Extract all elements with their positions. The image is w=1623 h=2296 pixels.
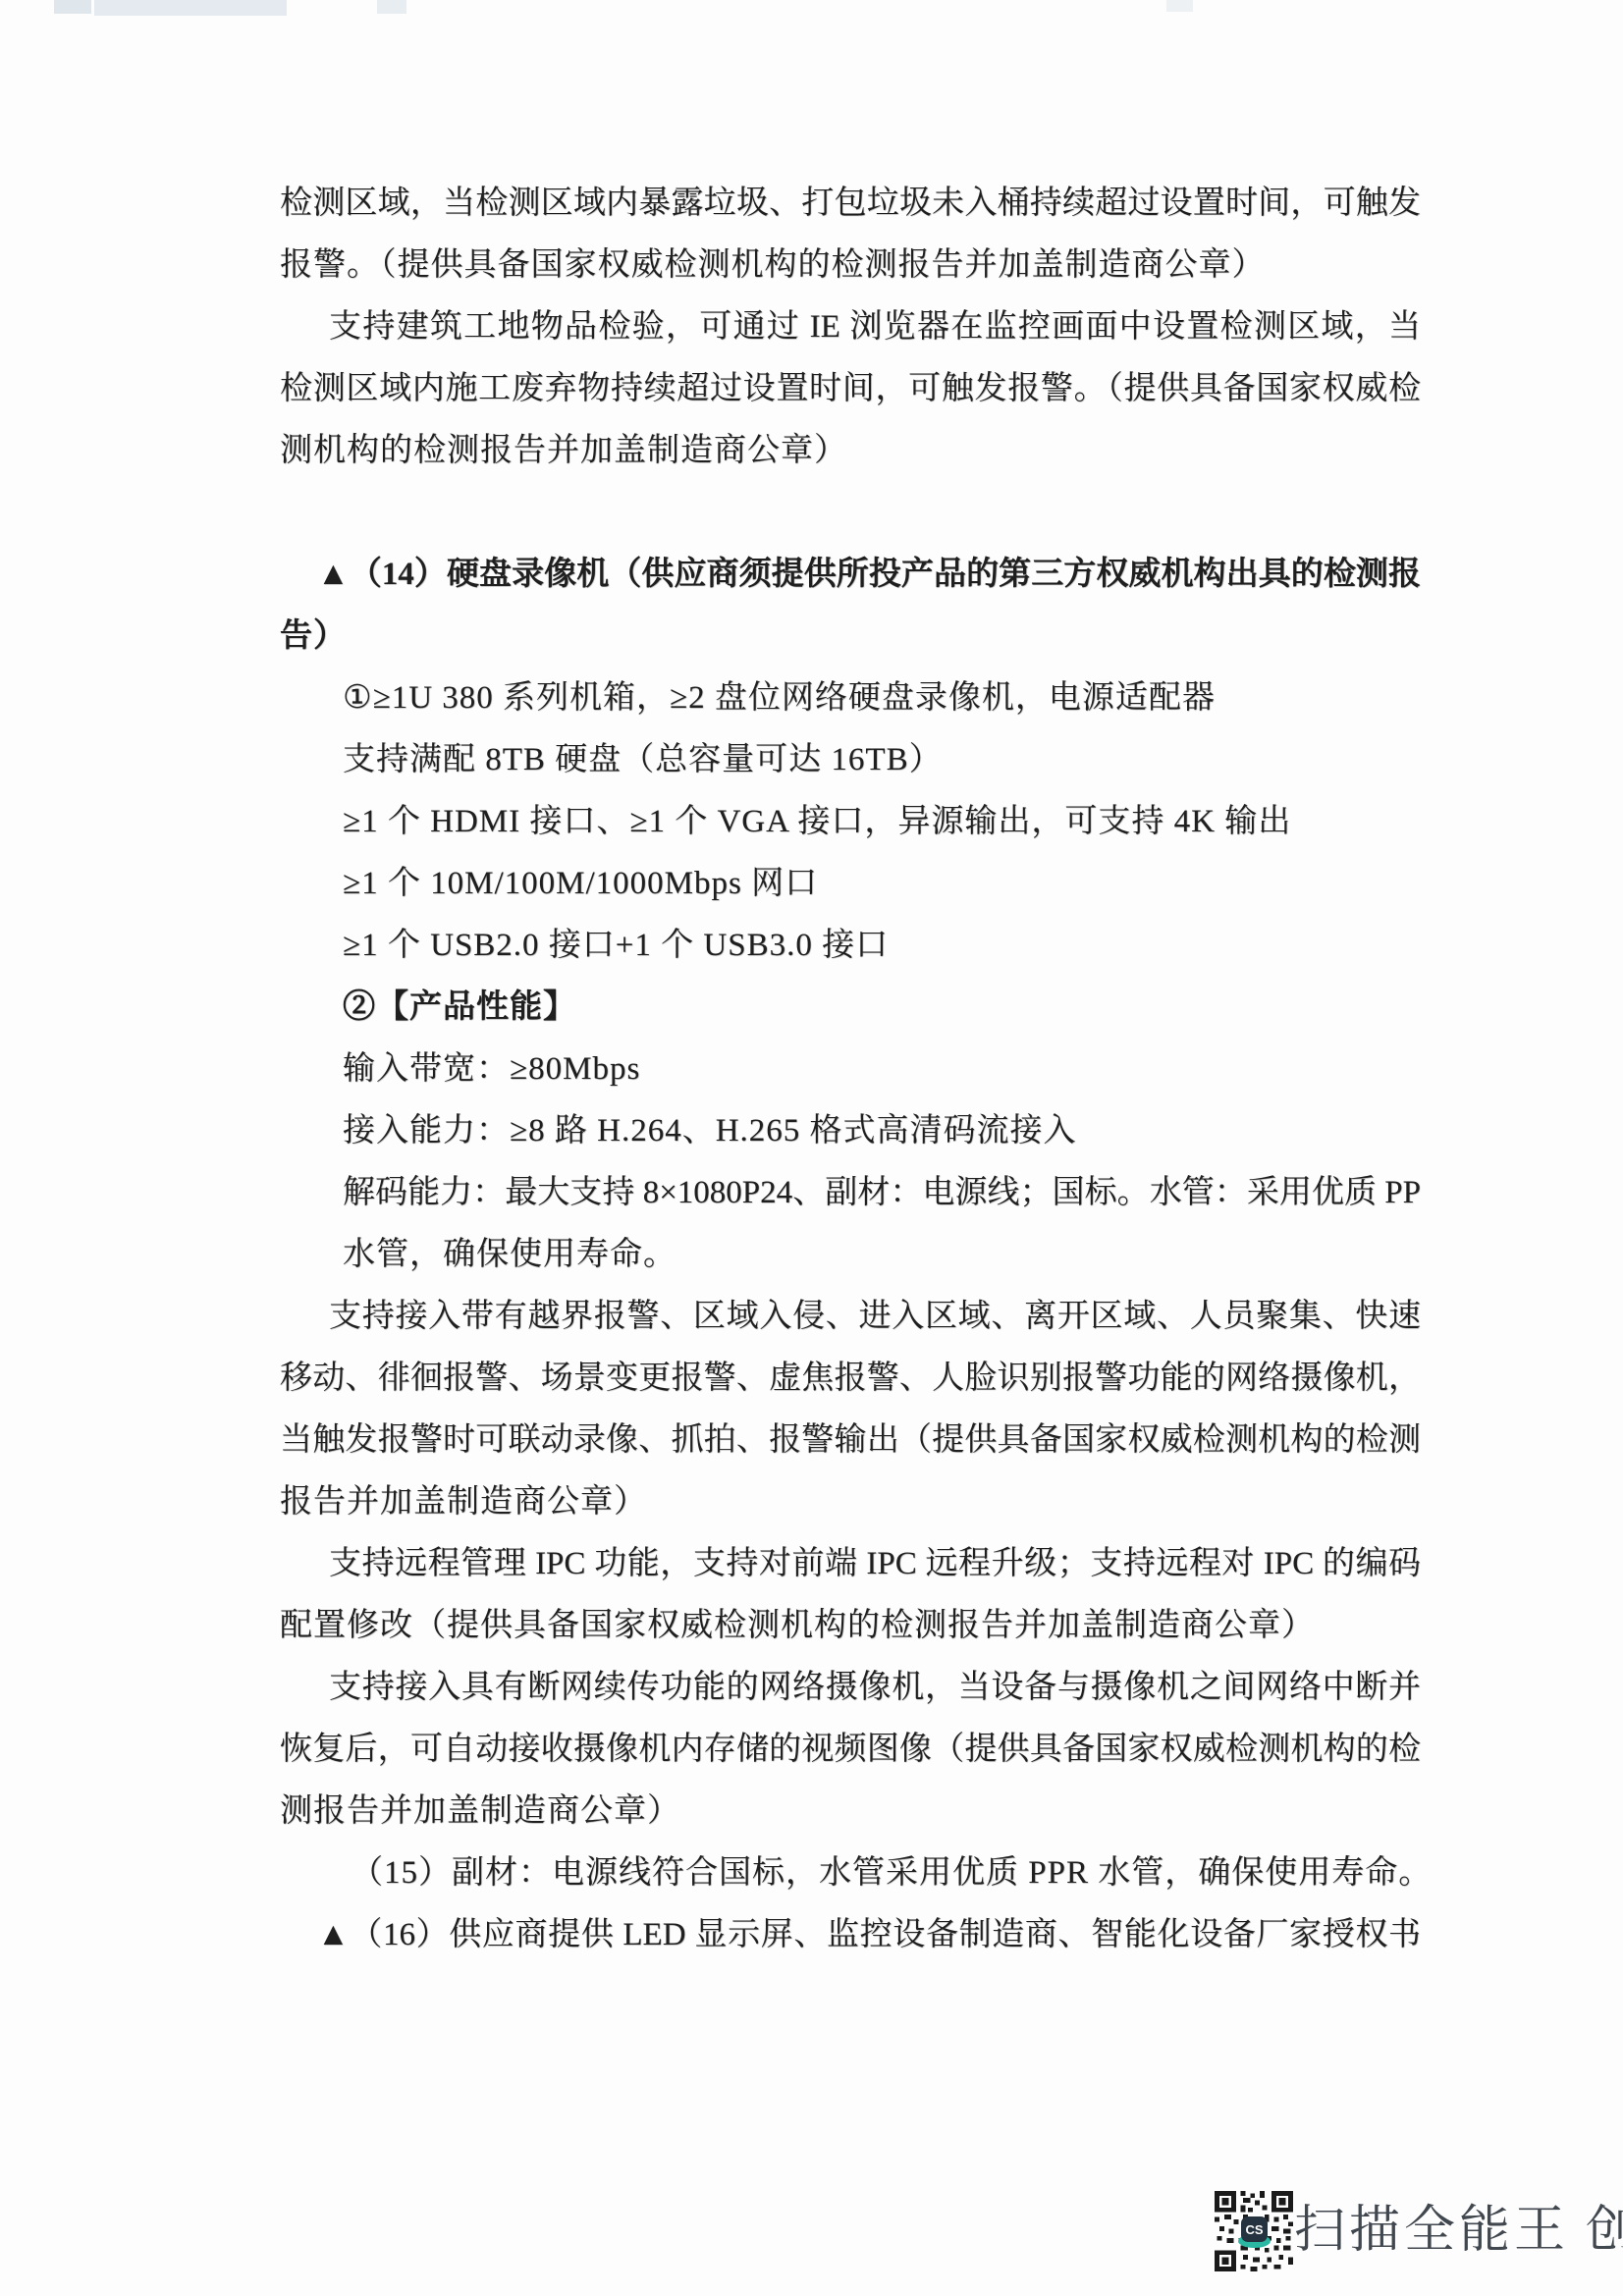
qr-caption: 扫描全能王 创建 (1294, 2193, 1623, 2269)
document-line: 当触发报警时可联动录像、抓拍、报警输出（提供具备国家权威检测机构的检测 (280, 1410, 1421, 1471)
document-line: 输入带宽：≥80Mbps (280, 1039, 1421, 1100)
document-line: 移动、徘徊报警、场景变更报警、虚焦报警、人脸识别报警功能的网络摄像机， (280, 1348, 1421, 1410)
document-line: 支持建筑工地物品检验，可通过 IE 浏览器在监控画面中设置检测区域，当 (280, 296, 1421, 358)
document-line: ①≥1U 380 系列机箱，≥2 盘位网络硬盘录像机，电源适配器 (280, 667, 1421, 729)
document-line: 配置修改（提供具备国家权威检测机构的检测报告并加盖制造商公章） (280, 1595, 1421, 1657)
document-line: 支持接入具有断网续传功能的网络摄像机，当设备与摄像机之间网络中断并 (280, 1657, 1421, 1719)
document-line: 测报告并加盖制造商公章） (280, 1781, 1421, 1842)
document-line: （15）副材：电源线符合国标，水管采用优质 PPR 水管，确保使用寿命。 (280, 1842, 1421, 1904)
document-line: 恢复后，可自动接收摄像机内存储的视频图像（提供具备国家权威检测机构的检 (280, 1719, 1421, 1781)
document-line: ≥1 个 USB2.0 接口+1 个 USB3.0 接口 (280, 915, 1421, 977)
document-line: 报警。（提供具备国家权威检测机构的检测报告并加盖制造商公章） (280, 235, 1421, 296)
document-line: 检测区域，当检测区域内暴露垃圾、打包垃圾未入桶持续超过设置时间，可触发 (280, 173, 1421, 235)
camscanner-logo-text: CS (1245, 2222, 1263, 2237)
document-line: ▲（16）供应商提供 LED 显示屏、监控设备制造商、智能化设备厂家授权书 (280, 1904, 1421, 1966)
document-line: ②【产品性能】 (280, 977, 1421, 1039)
document-line: 水管，确保使用寿命。 (280, 1224, 1421, 1286)
scan-artifact-mark (377, 0, 406, 14)
document-line: 支持满配 8TB 硬盘（总容量可达 16TB） (280, 729, 1421, 791)
blank-line (280, 482, 1421, 544)
document-line: 接入能力：≥8 路 H.264、H.265 格式高清码流接入 (280, 1100, 1421, 1162)
document-line: ≥1 个 HDMI 接口、≥1 个 VGA 接口，异源输出，可支持 4K 输出 (280, 791, 1421, 853)
document-line: ≥1 个 10M/100M/1000Mbps 网口 (280, 853, 1421, 915)
document-line: 支持远程管理 IPC 功能，支持对前端 IPC 远程升级；支持远程对 IPC 的… (280, 1533, 1421, 1595)
scan-artifact-mark (54, 0, 91, 14)
document-line: 报告并加盖制造商公章） (280, 1471, 1421, 1533)
qr-code: CS (1215, 2191, 1293, 2271)
scan-artifact-mark (94, 0, 287, 16)
document-line: 测机构的检测报告并加盖制造商公章） (280, 420, 1421, 482)
document-text-block: 检测区域，当检测区域内暴露垃圾、打包垃圾未入桶持续超过设置时间，可触发报警。（提… (280, 173, 1421, 1966)
scanned-document-page: 检测区域，当检测区域内暴露垃圾、打包垃圾未入桶持续超过设置时间，可触发报警。（提… (0, 0, 1623, 2296)
document-line: 解码能力：最大支持 8×1080P24、副材：电源线；国标。水管：采用优质 PP… (280, 1162, 1421, 1224)
camscanner-logo: CS (1241, 2216, 1268, 2242)
scan-artifact-mark (1166, 0, 1193, 12)
document-line: ▲（14）硬盘录像机（供应商须提供所投产品的第三方权威机构出具的检测报 (280, 544, 1421, 606)
document-line: 告） (280, 606, 1421, 667)
document-line: 支持接入带有越界报警、区域入侵、进入区域、离开区域、人员聚集、快速 (280, 1286, 1421, 1348)
document-line: 检测区域内施工废弃物持续超过设置时间，可触发报警。（提供具备国家权威检 (280, 358, 1421, 420)
